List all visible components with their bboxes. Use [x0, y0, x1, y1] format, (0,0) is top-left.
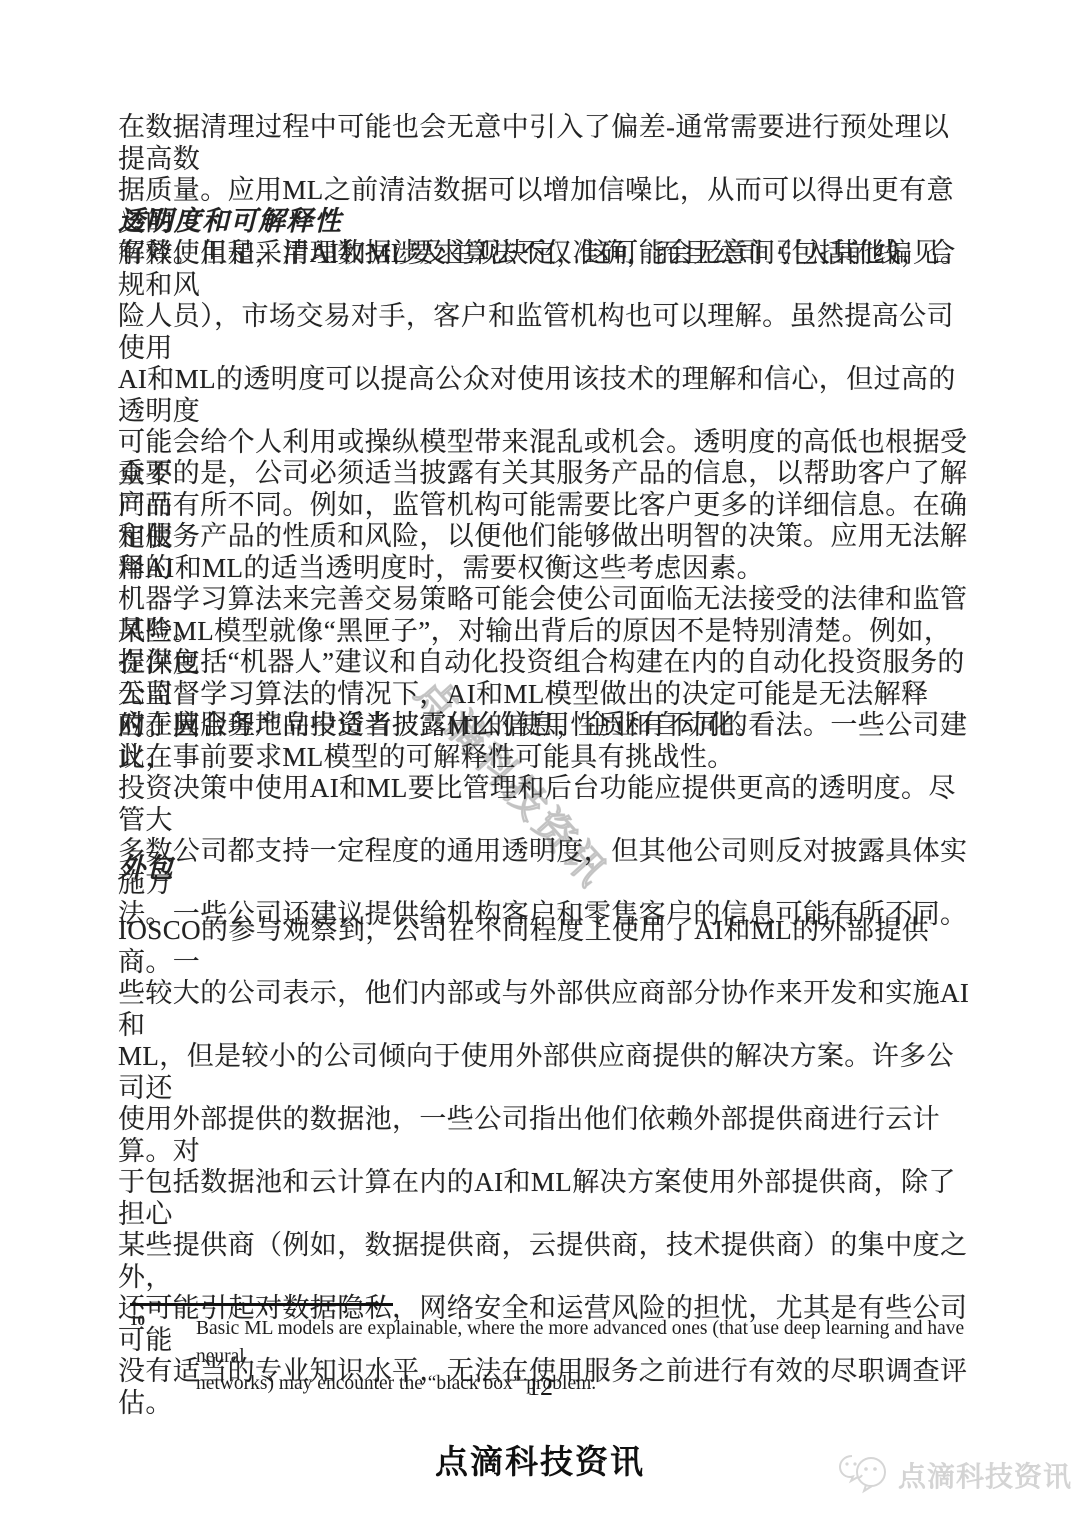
- footnote-marker: 10: [130, 1313, 145, 1330]
- page-number: 12: [0, 1372, 1080, 1402]
- footer-brand: 点滴科技资讯: [0, 1436, 1080, 1483]
- footnote-divider: [130, 1303, 393, 1306]
- heading-outsourcing: 外包: [118, 853, 970, 885]
- document-page: 点滴科技资讯 在数据清理过程中可能也会无意中引入了偏差-通常需要进行预处理以提高…: [0, 0, 1080, 1528]
- heading-transparency-explainability: 透明度和可解释性: [118, 206, 970, 238]
- paragraph-investor-disclosure: 对于应合理地向投资者披露什么信息，企业有不同的看法。一些公司建议在 投资决策中使…: [118, 710, 970, 931]
